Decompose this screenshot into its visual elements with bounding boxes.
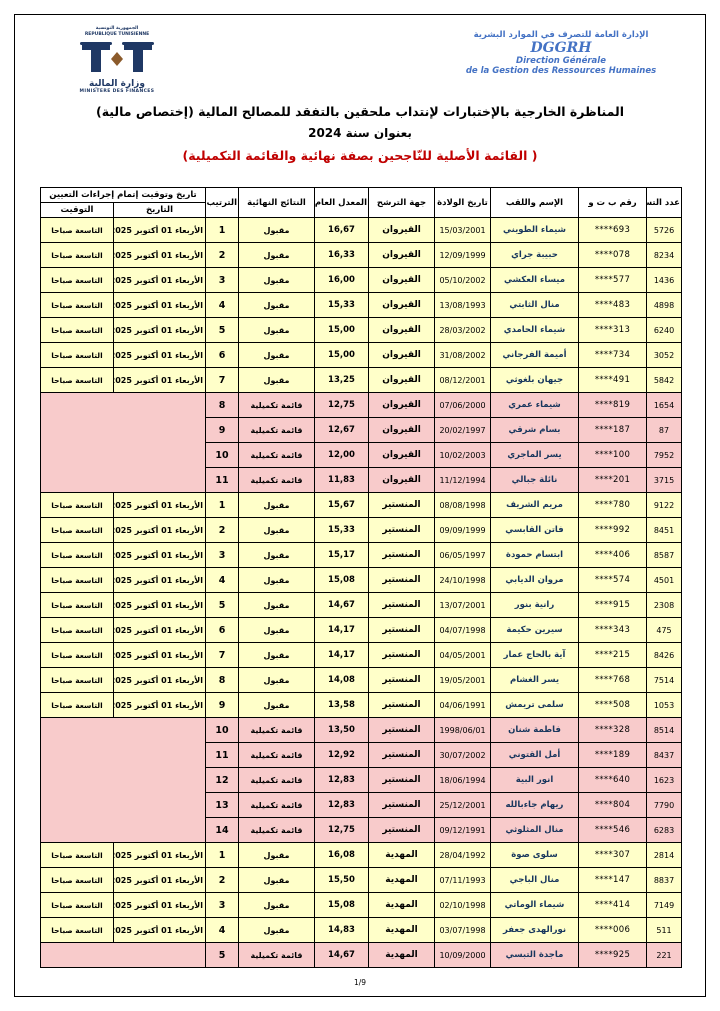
average-cell: 16,67	[315, 218, 369, 243]
table-row: 475****343سيرين حكيمة04/07/1998المنستير1…	[41, 618, 682, 643]
table-row: 2308****915رانية بنور13/07/2001المنستير1…	[41, 593, 682, 618]
average-cell: 12,83	[315, 768, 369, 793]
average-cell: 13,58	[315, 693, 369, 718]
name-cell: شيماء عمري	[491, 393, 579, 418]
region-cell: المهدية	[369, 843, 435, 868]
registration-cell: 7514	[647, 668, 682, 693]
average-cell: 14,67	[315, 593, 369, 618]
list-subtitle: ( القائمة الأصلية للنّاجحين بصفة نهائية …	[0, 148, 720, 163]
birth-date-cell: 06/05/1997	[435, 543, 491, 568]
birth-date-cell: 28/04/1992	[435, 843, 491, 868]
registration-cell: 1053	[647, 693, 682, 718]
id-number-cell: ****734	[579, 343, 647, 368]
birth-date-cell: 13/08/1993	[435, 293, 491, 318]
appointment-date-cell: الأربعاء 01 أكتوبر 2025	[114, 918, 206, 943]
appointment-time-cell: التاسعة صباحا	[41, 293, 114, 318]
dggrh-acronym: DGGRH	[436, 40, 686, 57]
region-cell: المنستير	[369, 693, 435, 718]
appointment-time-cell: التاسعة صباحا	[41, 518, 114, 543]
result-cell: مقبول	[239, 618, 315, 643]
col-header-appointment: تاريخ وتوقيت إتمام إجراءات التعيين	[41, 188, 206, 203]
appointment-date-cell: الأربعاء 01 أكتوبر 2025	[114, 268, 206, 293]
birth-date-cell: 02/10/1998	[435, 893, 491, 918]
appointment-time-cell: التاسعة صباحا	[41, 893, 114, 918]
average-cell: 14,17	[315, 643, 369, 668]
id-number-cell: ****307	[579, 843, 647, 868]
appointment-time-cell: التاسعة صباحا	[41, 268, 114, 293]
rank-cell: 4	[206, 293, 239, 318]
region-cell: القيروان	[369, 368, 435, 393]
rank-cell: 3	[206, 268, 239, 293]
region-cell: المنستير	[369, 493, 435, 518]
name-cell: يسر الغشام	[491, 668, 579, 693]
appointment-date-cell: الأربعاء 01 أكتوبر 2025	[114, 568, 206, 593]
registration-cell: 8587	[647, 543, 682, 568]
appointment-date-cell: الأربعاء 01 أكتوبر 2025	[114, 318, 206, 343]
name-cell: شيماء الحامدي	[491, 318, 579, 343]
average-cell: 16,00	[315, 268, 369, 293]
appointment-time-cell: التاسعة صباحا	[41, 343, 114, 368]
col-header-birth-date: تاريخ الولادة	[435, 188, 491, 218]
id-number-cell: ****483	[579, 293, 647, 318]
region-cell: القيروان	[369, 418, 435, 443]
result-cell: مقبول	[239, 868, 315, 893]
id-number-cell: ****915	[579, 593, 647, 618]
result-cell: قائمة تكميلية	[239, 468, 315, 493]
id-number-cell: ****992	[579, 518, 647, 543]
col-header-region: جهة الترشح	[369, 188, 435, 218]
average-cell: 14,83	[315, 918, 369, 943]
average-cell: 11,83	[315, 468, 369, 493]
document-titles: المناظرة الخارجية بالإختبارات لإنتداب مل…	[0, 104, 720, 163]
result-cell: قائمة تكميلية	[239, 393, 315, 418]
registration-cell: 1654	[647, 393, 682, 418]
result-cell: مقبول	[239, 518, 315, 543]
table-row: 4501****574مروان الديابي24/10/1998المنست…	[41, 568, 682, 593]
birth-date-cell: 15/03/2001	[435, 218, 491, 243]
region-cell: المنستير	[369, 743, 435, 768]
id-number-cell: ****201	[579, 468, 647, 493]
average-cell: 12,83	[315, 793, 369, 818]
name-cell: ميساء العكشي	[491, 268, 579, 293]
region-cell: المنستير	[369, 818, 435, 843]
appointment-date-cell: الأربعاء 01 أكتوبر 2025	[114, 593, 206, 618]
republic-name-french: REPUBLIQUE TUNISIENNE	[58, 32, 176, 38]
rank-cell: 8	[206, 393, 239, 418]
result-cell: مقبول	[239, 293, 315, 318]
results-table: عدد التسجيل رقم ب ت و الإسم واللقب تاريخ…	[40, 187, 682, 968]
competition-title: المناظرة الخارجية بالإختبارات لإنتداب مل…	[0, 104, 720, 119]
rank-cell: 1	[206, 218, 239, 243]
id-number-cell: ****491	[579, 368, 647, 393]
name-cell: آية بالحاج عمار	[491, 643, 579, 668]
region-cell: المهدية	[369, 918, 435, 943]
birth-date-cell: 07/06/2000	[435, 393, 491, 418]
registration-cell: 7149	[647, 893, 682, 918]
appointment-date-cell: الأربعاء 01 أكتوبر 2025	[114, 893, 206, 918]
appointment-time-cell: التاسعة صباحا	[41, 368, 114, 393]
rank-cell: 13	[206, 793, 239, 818]
appointment-time-cell: التاسعة صباحا	[41, 218, 114, 243]
birth-date-cell: 04/06/1991	[435, 693, 491, 718]
id-number-cell: ****100	[579, 443, 647, 468]
registration-cell: 87	[647, 418, 682, 443]
appointment-hatched-cell	[41, 718, 206, 843]
table-header-row: عدد التسجيل رقم ب ت و الإسم واللقب تاريخ…	[41, 188, 682, 203]
average-cell: 15,33	[315, 293, 369, 318]
dggrh-header: الإدارة العامة للتصرف في الموارد البشرية…	[436, 30, 686, 76]
table-row: 8514****328فاطمة شنان1998/06/01المنستير1…	[41, 718, 682, 743]
competition-year: بعنوان سنة 2024	[0, 126, 720, 140]
appointment-date-cell: الأربعاء 01 أكتوبر 2025	[114, 243, 206, 268]
table-row: 511****006نورالهدى جعفر03/07/1998المهدية…	[41, 918, 682, 943]
birth-date-cell: 09/09/1999	[435, 518, 491, 543]
col-header-name: الإسم واللقب	[491, 188, 579, 218]
name-cell: يسر الماجري	[491, 443, 579, 468]
birth-date-cell: 03/07/1998	[435, 918, 491, 943]
appointment-date-cell: الأربعاء 01 أكتوبر 2025	[114, 618, 206, 643]
result-cell: قائمة تكميلية	[239, 818, 315, 843]
region-cell: المنستير	[369, 518, 435, 543]
registration-cell: 511	[647, 918, 682, 943]
table-row: 5842****491جيهان بلغوثي08/12/2001القيروا…	[41, 368, 682, 393]
birth-date-cell: 25/12/2001	[435, 793, 491, 818]
birth-date-cell: 05/10/2002	[435, 268, 491, 293]
registration-cell: 475	[647, 618, 682, 643]
id-number-cell: ****006	[579, 918, 647, 943]
region-cell: القيروان	[369, 293, 435, 318]
region-cell: المنستير	[369, 718, 435, 743]
average-cell: 12,75	[315, 393, 369, 418]
birth-date-cell: 13/07/2001	[435, 593, 491, 618]
col-header-rank: الترتيب	[206, 188, 239, 218]
ministry-name-french: MINISTERE DES FINANCES	[58, 89, 176, 94]
region-cell: المنستير	[369, 768, 435, 793]
id-number-cell: ****328	[579, 718, 647, 743]
name-cell: أميمة الفرجاني	[491, 343, 579, 368]
result-cell: مقبول	[239, 243, 315, 268]
table-row: 8234****078حبيبة جراي12/09/1999القيروان1…	[41, 243, 682, 268]
rank-cell: 7	[206, 643, 239, 668]
id-number-cell: ****640	[579, 768, 647, 793]
appointment-time-cell: التاسعة صباحا	[41, 618, 114, 643]
appointment-date-cell: الأربعاء 01 أكتوبر 2025	[114, 868, 206, 893]
id-number-cell: ****189	[579, 743, 647, 768]
id-number-cell: ****187	[579, 418, 647, 443]
birth-date-cell: 04/07/1998	[435, 618, 491, 643]
result-cell: قائمة تكميلية	[239, 743, 315, 768]
name-cell: نائلة جبالي	[491, 468, 579, 493]
result-cell: مقبول	[239, 643, 315, 668]
rank-cell: 1	[206, 843, 239, 868]
col-header-average: المعدل العام	[315, 188, 369, 218]
ministry-of-finance-logo: الجمهورية التونسية REPUBLIQUE TUNISIENNE…	[58, 26, 176, 94]
col-header-appointment-date: التاريخ	[114, 203, 206, 218]
table-row: 8587****406ابتسام حمودة06/05/1997المنستي…	[41, 543, 682, 568]
table-row: 5726****693شيماء الطويني15/03/2001القيرو…	[41, 218, 682, 243]
appointment-date-cell: الأربعاء 01 أكتوبر 2025	[114, 843, 206, 868]
name-cell: سلوى صوة	[491, 843, 579, 868]
appointment-date-cell: الأربعاء 01 أكتوبر 2025	[114, 668, 206, 693]
average-cell: 14,17	[315, 618, 369, 643]
ministry-name-arabic: وزارة المالية	[58, 79, 176, 89]
table-row: 221****925ماجدة التبسي10/09/2000المهدية1…	[41, 943, 682, 968]
average-cell: 16,08	[315, 843, 369, 868]
registration-cell: 8437	[647, 743, 682, 768]
registration-cell: 8837	[647, 868, 682, 893]
name-cell: نورالهدى جعفر	[491, 918, 579, 943]
table-row: 2814****307سلوى صوة28/04/1992المهدية16,0…	[41, 843, 682, 868]
region-cell: المنستير	[369, 793, 435, 818]
region-cell: القيروان	[369, 318, 435, 343]
region-cell: القيروان	[369, 443, 435, 468]
region-cell: القيروان	[369, 268, 435, 293]
name-cell: ريهام جاءبالله	[491, 793, 579, 818]
rank-cell: 1	[206, 493, 239, 518]
birth-date-cell: 28/03/2002	[435, 318, 491, 343]
registration-cell: 5842	[647, 368, 682, 393]
registration-cell: 6240	[647, 318, 682, 343]
col-header-registration: عدد التسجيل	[647, 188, 682, 218]
birth-date-cell: 04/05/2001	[435, 643, 491, 668]
id-number-cell: ****215	[579, 643, 647, 668]
registration-cell: 4501	[647, 568, 682, 593]
result-cell: مقبول	[239, 693, 315, 718]
average-cell: 14,08	[315, 668, 369, 693]
birth-date-cell: 07/11/1993	[435, 868, 491, 893]
appointment-time-cell: التاسعة صباحا	[41, 593, 114, 618]
id-number-cell: ****574	[579, 568, 647, 593]
table-row: 8426****215آية بالحاج عمار04/05/2001المن…	[41, 643, 682, 668]
rank-cell: 7	[206, 368, 239, 393]
rank-cell: 3	[206, 543, 239, 568]
birth-date-cell: 10/09/2000	[435, 943, 491, 968]
average-cell: 15,08	[315, 893, 369, 918]
table-row: 6240****313شيماء الحامدي28/03/2002القيرو…	[41, 318, 682, 343]
id-number-cell: ****780	[579, 493, 647, 518]
name-cell: جيهان بلغوثي	[491, 368, 579, 393]
average-cell: 16,33	[315, 243, 369, 268]
region-cell: القيروان	[369, 218, 435, 243]
appointment-time-cell: التاسعة صباحا	[41, 868, 114, 893]
result-cell: مقبول	[239, 668, 315, 693]
birth-date-cell: 08/12/2001	[435, 368, 491, 393]
appointment-time-cell: التاسعة صباحا	[41, 318, 114, 343]
result-cell: مقبول	[239, 843, 315, 868]
name-cell: بسام شرقي	[491, 418, 579, 443]
appointment-time-cell: التاسعة صباحا	[41, 643, 114, 668]
registration-cell: 2308	[647, 593, 682, 618]
result-cell: مقبول	[239, 493, 315, 518]
name-cell: مروان الديابي	[491, 568, 579, 593]
registration-cell: 7952	[647, 443, 682, 468]
result-cell: مقبول	[239, 343, 315, 368]
result-cell: مقبول	[239, 918, 315, 943]
results-table-container: عدد التسجيل رقم ب ت و الإسم واللقب تاريخ…	[40, 187, 681, 968]
appointment-time-cell: التاسعة صباحا	[41, 918, 114, 943]
appointment-time-cell: التاسعة صباحا	[41, 493, 114, 518]
birth-date-cell: 11/12/1994	[435, 468, 491, 493]
rank-cell: 4	[206, 568, 239, 593]
appointment-time-cell: التاسعة صباحا	[41, 693, 114, 718]
registration-cell: 8451	[647, 518, 682, 543]
id-number-cell: ****925	[579, 943, 647, 968]
name-cell: شيماء الوماتي	[491, 893, 579, 918]
rank-cell: 11	[206, 468, 239, 493]
region-cell: المنستير	[369, 643, 435, 668]
name-cell: منال الثابتي	[491, 293, 579, 318]
appointment-date-cell: الأربعاء 01 أكتوبر 2025	[114, 218, 206, 243]
appointment-hatched-cell	[41, 943, 206, 968]
result-cell: مقبول	[239, 318, 315, 343]
ministry-emblem-icon	[78, 38, 156, 78]
name-cell: فاتن القابسي	[491, 518, 579, 543]
table-row: 1436****577ميساء العكشي05/10/2002القيروا…	[41, 268, 682, 293]
appointment-date-cell: الأربعاء 01 أكتوبر 2025	[114, 693, 206, 718]
average-cell: 13,25	[315, 368, 369, 393]
col-header-result: النتائج النهائية	[239, 188, 315, 218]
birth-date-cell: 20/02/1997	[435, 418, 491, 443]
birth-date-cell: 19/05/2001	[435, 668, 491, 693]
table-row: 3052****734أميمة الفرجاني31/08/2002القير…	[41, 343, 682, 368]
name-cell: انور البية	[491, 768, 579, 793]
dggrh-french-line2: de la Gestion des Ressources Humaines	[436, 67, 686, 77]
id-number-cell: ****414	[579, 893, 647, 918]
appointment-time-cell: التاسعة صباحا	[41, 843, 114, 868]
region-cell: المنستير	[369, 668, 435, 693]
rank-cell: 10	[206, 718, 239, 743]
birth-date-cell: 31/08/2002	[435, 343, 491, 368]
average-cell: 12,00	[315, 443, 369, 468]
result-cell: قائمة تكميلية	[239, 793, 315, 818]
region-cell: المنستير	[369, 543, 435, 568]
average-cell: 12,75	[315, 818, 369, 843]
registration-cell: 221	[647, 943, 682, 968]
appointment-date-cell: الأربعاء 01 أكتوبر 2025	[114, 518, 206, 543]
id-number-cell: ****546	[579, 818, 647, 843]
rank-cell: 12	[206, 768, 239, 793]
id-number-cell: ****343	[579, 618, 647, 643]
name-cell: حبيبة جراي	[491, 243, 579, 268]
table-row: 7514****768يسر الغشام19/05/2001المنستير1…	[41, 668, 682, 693]
appointment-time-cell: التاسعة صباحا	[41, 543, 114, 568]
average-cell: 15,08	[315, 568, 369, 593]
col-header-id-number: رقم ب ت و	[579, 188, 647, 218]
name-cell: فاطمة شنان	[491, 718, 579, 743]
region-cell: القيروان	[369, 468, 435, 493]
result-cell: قائمة تكميلية	[239, 418, 315, 443]
appointment-hatched-cell	[41, 393, 206, 493]
rank-cell: 6	[206, 618, 239, 643]
birth-date-cell: 1998/06/01	[435, 718, 491, 743]
birth-date-cell: 24/10/1998	[435, 568, 491, 593]
registration-cell: 3715	[647, 468, 682, 493]
name-cell: منال الباجي	[491, 868, 579, 893]
birth-date-cell: 08/08/1998	[435, 493, 491, 518]
rank-cell: 9	[206, 693, 239, 718]
name-cell: أمل القتوني	[491, 743, 579, 768]
appointment-time-cell: التاسعة صباحا	[41, 668, 114, 693]
birth-date-cell: 12/09/1999	[435, 243, 491, 268]
region-cell: المهدية	[369, 893, 435, 918]
table-row: 7149****414شيماء الوماتي02/10/1998المهدي…	[41, 893, 682, 918]
average-cell: 14,67	[315, 943, 369, 968]
appointment-time-cell: التاسعة صباحا	[41, 243, 114, 268]
rank-cell: 10	[206, 443, 239, 468]
id-number-cell: ****313	[579, 318, 647, 343]
result-cell: قائمة تكميلية	[239, 443, 315, 468]
id-number-cell: ****804	[579, 793, 647, 818]
appointment-date-cell: الأربعاء 01 أكتوبر 2025	[114, 643, 206, 668]
result-cell: قائمة تكميلية	[239, 943, 315, 968]
registration-cell: 2814	[647, 843, 682, 868]
registration-cell: 3052	[647, 343, 682, 368]
average-cell: 15,17	[315, 543, 369, 568]
result-cell: مقبول	[239, 893, 315, 918]
id-number-cell: ****508	[579, 693, 647, 718]
birth-date-cell: 18/06/1994	[435, 768, 491, 793]
table-row: 8837****147منال الباجي07/11/1993المهدية1…	[41, 868, 682, 893]
registration-cell: 8234	[647, 243, 682, 268]
registration-cell: 1436	[647, 268, 682, 293]
name-cell: رانية بنور	[491, 593, 579, 618]
rank-cell: 2	[206, 518, 239, 543]
rank-cell: 8	[206, 668, 239, 693]
table-row: 4898****483منال الثابتي13/08/1993القيروا…	[41, 293, 682, 318]
average-cell: 15,50	[315, 868, 369, 893]
region-cell: المنستير	[369, 618, 435, 643]
average-cell: 12,67	[315, 418, 369, 443]
appointment-date-cell: الأربعاء 01 أكتوبر 2025	[114, 293, 206, 318]
appointment-date-cell: الأربعاء 01 أكتوبر 2025	[114, 368, 206, 393]
region-cell: القيروان	[369, 393, 435, 418]
registration-cell: 5726	[647, 218, 682, 243]
average-cell: 12,92	[315, 743, 369, 768]
id-number-cell: ****406	[579, 543, 647, 568]
average-cell: 15,33	[315, 518, 369, 543]
table-row: 1654****819شيماء عمري07/06/2000القيروان1…	[41, 393, 682, 418]
id-number-cell: ****577	[579, 268, 647, 293]
rank-cell: 3	[206, 893, 239, 918]
id-number-cell: ****078	[579, 243, 647, 268]
registration-cell: 1623	[647, 768, 682, 793]
name-cell: سلمى تريمش	[491, 693, 579, 718]
page-number: 1/9	[0, 978, 720, 987]
id-number-cell: ****147	[579, 868, 647, 893]
id-number-cell: ****819	[579, 393, 647, 418]
result-cell: مقبول	[239, 368, 315, 393]
id-number-cell: ****768	[579, 668, 647, 693]
appointment-time-cell: التاسعة صباحا	[41, 568, 114, 593]
registration-cell: 6283	[647, 818, 682, 843]
result-cell: قائمة تكميلية	[239, 768, 315, 793]
table-row: 9122****780مريم الشريف08/08/1998المنستير…	[41, 493, 682, 518]
result-cell: مقبول	[239, 593, 315, 618]
table-row: 8451****992فاتن القابسي09/09/1999المنستي…	[41, 518, 682, 543]
name-cell: سيرين حكيمة	[491, 618, 579, 643]
registration-cell: 8514	[647, 718, 682, 743]
birth-date-cell: 10/02/2003	[435, 443, 491, 468]
rank-cell: 2	[206, 243, 239, 268]
registration-cell: 7790	[647, 793, 682, 818]
name-cell: منال المثلوثي	[491, 818, 579, 843]
registration-cell: 4898	[647, 293, 682, 318]
appointment-date-cell: الأربعاء 01 أكتوبر 2025	[114, 493, 206, 518]
id-number-cell: ****693	[579, 218, 647, 243]
name-cell: شيماء الطويني	[491, 218, 579, 243]
birth-date-cell: 30/07/2002	[435, 743, 491, 768]
rank-cell: 4	[206, 918, 239, 943]
